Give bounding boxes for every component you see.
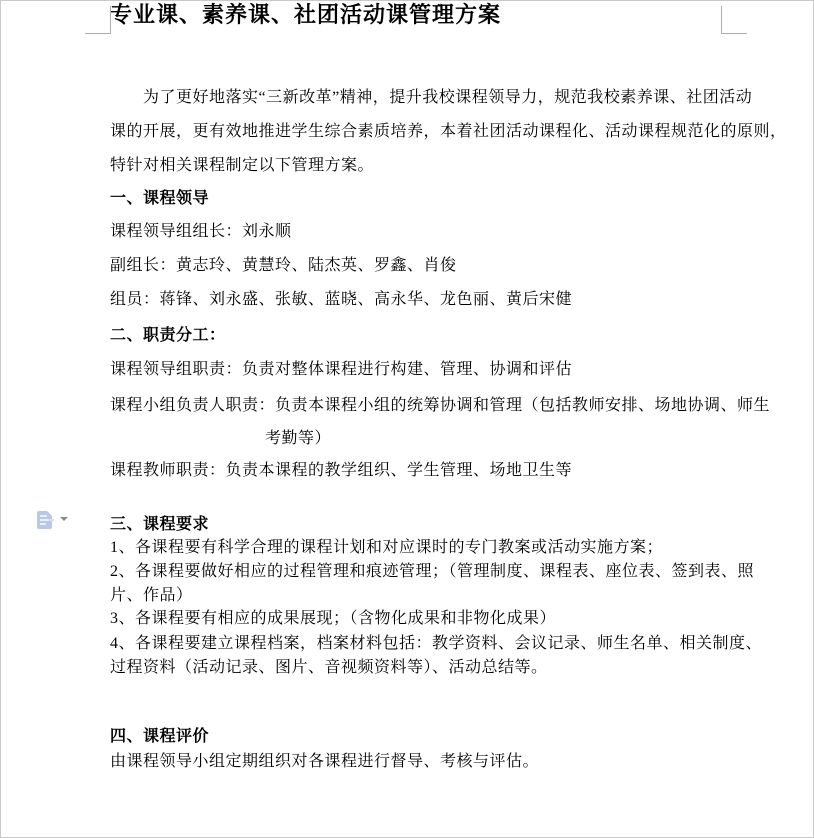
section-4-heading: 四、课程评价 bbox=[110, 727, 721, 747]
requirement-line: 2、各课程要做好相应的过程管理和痕迹管理；（管理制度、课程表、座位表、签到表、照 bbox=[110, 562, 721, 582]
paste-icon-line bbox=[40, 523, 46, 525]
deputy-leaders-line: 副组长：黄志玲、黄慧玲、陆杰英、罗鑫、肖俊 bbox=[110, 256, 721, 276]
paste-options-icon[interactable] bbox=[37, 511, 52, 529]
chevron-down-icon[interactable] bbox=[60, 517, 68, 521]
leader-line: 课程领导组组长：刘永顺 bbox=[110, 222, 721, 242]
requirement-line: 1、各课程要有科学合理的课程计划和对应课时的专门教案或活动实施方案； bbox=[110, 538, 721, 558]
section-2-heading: 二、职责分工： bbox=[110, 326, 721, 346]
paste-icon-line bbox=[49, 519, 54, 521]
crop-mark-top-right-horizontal bbox=[721, 33, 747, 34]
requirement-line-wrap: 片、作品） bbox=[110, 586, 721, 606]
document-page: 专业课、素养课、社团活动课管理方案 为了更好地落实“三新改革”精神，提升我校课程… bbox=[0, 0, 814, 838]
paste-icon-line bbox=[40, 515, 47, 517]
intro-line: 特针对相关课程制定以下管理方案。 bbox=[110, 156, 721, 176]
page-title: 专业课、素养课、社团活动课管理方案 bbox=[0, 0, 611, 30]
paste-options-button[interactable] bbox=[36, 509, 70, 531]
paste-icon-line bbox=[40, 519, 49, 521]
requirement-line-wrap: 过程资料（活动记录、图片、音视频资料等）、活动总结等。 bbox=[110, 658, 721, 678]
duty-line: 课程小组负责人职责：负责本课程小组的统筹协调和管理（包括教师安排、场地协调、师生 bbox=[110, 396, 721, 416]
crop-mark-top-right-vertical bbox=[721, 6, 722, 33]
crop-mark-top-left-horizontal bbox=[85, 33, 111, 34]
crop-mark-top-left-vertical bbox=[110, 6, 111, 33]
requirement-line: 4、各课程要建立课程档案，档案材料包括：教学资料、会议记录、师生名单、相关制度、 bbox=[110, 634, 721, 654]
intro-line: 为了更好地落实“三新改革”精神，提升我校课程领导力，规范我校素养课、社团活动 bbox=[110, 88, 754, 108]
members-line: 组员：蒋锋、刘永盛、张敏、蓝晓、高永华、龙色丽、黄后宋健 bbox=[110, 290, 721, 310]
section-3-heading: 三、课程要求 bbox=[110, 515, 721, 535]
requirement-line: 3、各课程要有相应的成果展现；（含物化成果和非物化成果） bbox=[110, 609, 721, 629]
section-1-heading: 一、课程领导 bbox=[110, 189, 721, 209]
evaluation-line: 由课程领导小组定期组织对各课程进行督导、考核与评估。 bbox=[110, 752, 721, 772]
duty-line-wrap: 考勤等） bbox=[265, 429, 721, 449]
intro-line: 课的开展，更有效地推进学生综合素质培养，本着社团活动课程化、活动课程规范化的原则… bbox=[110, 122, 721, 142]
folded-corner bbox=[47, 511, 52, 516]
duty-line: 课程领导组职责：负责对整体课程进行构建、管理、协调和评估 bbox=[110, 360, 721, 380]
duty-line: 课程教师职责：负责本课程的教学组织、学生管理、场地卫生等 bbox=[110, 461, 721, 481]
